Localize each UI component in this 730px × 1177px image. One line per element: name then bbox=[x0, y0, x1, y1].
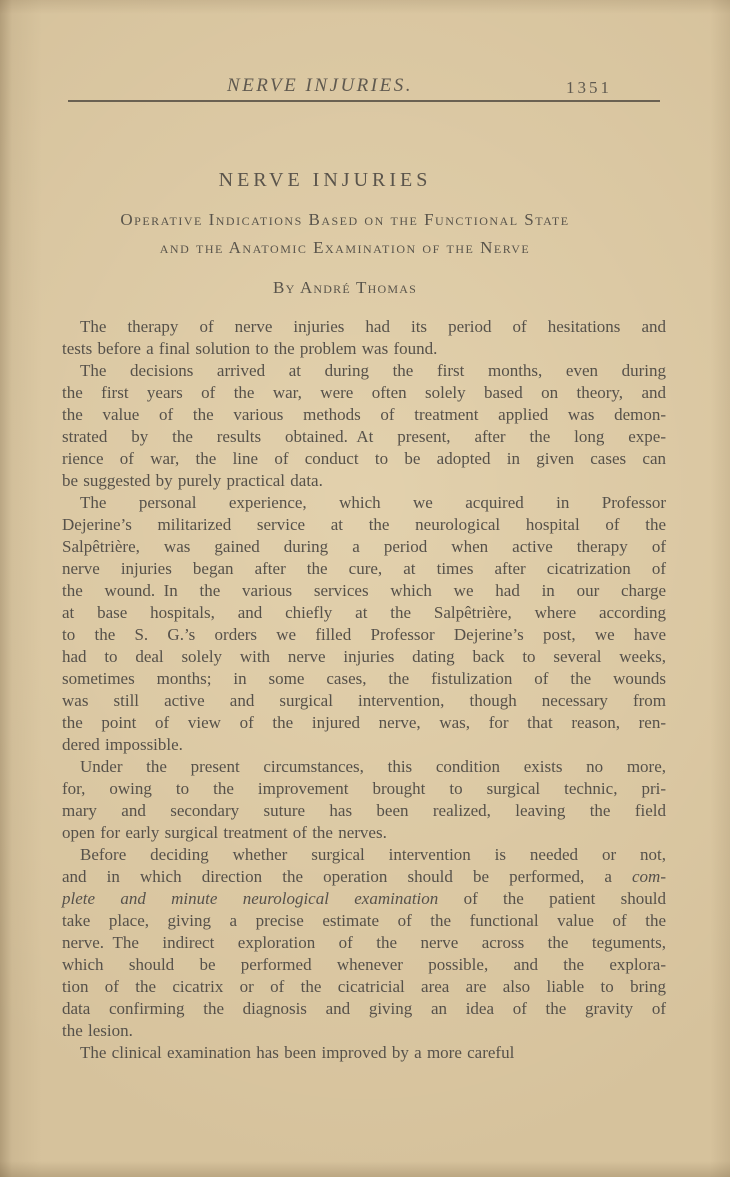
text-line: data confirming the diagnosis and giving… bbox=[62, 998, 666, 1020]
text-segment: had to deal solely with nerve injuries d… bbox=[62, 647, 666, 666]
text-line: at base hospitals, and chiefly at the Sa… bbox=[62, 602, 666, 624]
italic-text: com- bbox=[632, 867, 666, 886]
text-line: plete and minute neurological examinatio… bbox=[62, 888, 666, 910]
italic-text: plete and minute neurological examinatio… bbox=[62, 889, 438, 908]
text-line: The therapy of nerve injuries had its pe… bbox=[62, 316, 666, 338]
text-line: The decisions arrived at during the firs… bbox=[62, 360, 666, 382]
text-line: was still active and surgical interventi… bbox=[62, 690, 666, 712]
text-segment: at base hospitals, and chiefly at the Sa… bbox=[62, 603, 666, 622]
text-line: sometimes months; in some cases, the fis… bbox=[62, 668, 666, 690]
text-segment: tion of the cicatrix or of the cicatrici… bbox=[62, 977, 666, 996]
text-segment: which should be performed whenever possi… bbox=[62, 955, 666, 974]
text-line: rience of war, the line of conduct to be… bbox=[62, 448, 666, 470]
text-line: Under the present circumstances, this co… bbox=[62, 756, 666, 778]
text-line: to the S. G.’s orders we filled Professo… bbox=[62, 624, 666, 646]
text-line: and in which direction the operation sho… bbox=[62, 866, 666, 888]
book-page: NERVE INJURIES. 1351 NERVE INJURIES Oper… bbox=[0, 0, 730, 1177]
text-segment: take place, giving a precise estimate of… bbox=[62, 911, 666, 930]
text-segment: rience of war, the line of conduct to be… bbox=[62, 449, 666, 468]
text-segment: strated by the results obtained. At pres… bbox=[62, 427, 666, 446]
text-segment: open for early surgical treatment of the… bbox=[62, 823, 387, 842]
text-segment: nerve injuries began after the cure, at … bbox=[62, 559, 666, 578]
text-line: Dejerine’s militarized service at the ne… bbox=[62, 514, 666, 536]
text-segment: Under the present circumstances, this co… bbox=[80, 757, 666, 776]
text-segment: sometimes months; in some cases, the fis… bbox=[62, 669, 666, 688]
text-segment: Salpêtrière, was gained during a period … bbox=[62, 537, 666, 556]
text-segment: be suggested by purely practical data. bbox=[62, 471, 323, 490]
body-text: The therapy of nerve injuries had its pe… bbox=[62, 316, 666, 1064]
text-segment: the first years of the war, were often s… bbox=[62, 383, 666, 402]
header-rule bbox=[68, 100, 660, 102]
text-segment: dered impossible. bbox=[62, 735, 183, 754]
text-segment: for, owing to the improvement brought to… bbox=[62, 779, 666, 798]
text-line: Before deciding whether surgical interve… bbox=[62, 844, 666, 866]
article-byline: By André Thomas bbox=[40, 278, 650, 298]
text-line: which should be performed whenever possi… bbox=[62, 954, 666, 976]
text-segment: of the patient should bbox=[438, 889, 666, 908]
text-line: be suggested by purely practical data. bbox=[62, 470, 666, 492]
text-line: nerve injuries began after the cure, at … bbox=[62, 558, 666, 580]
text-line: for, owing to the improvement brought to… bbox=[62, 778, 666, 800]
text-segment: The decisions arrived at during the firs… bbox=[80, 361, 666, 380]
text-segment: the wound. In the various services which… bbox=[62, 581, 666, 600]
text-segment: The clinical examination has been improv… bbox=[80, 1043, 514, 1062]
text-line: tion of the cicatrix or of the cicatrici… bbox=[62, 976, 666, 998]
text-line: the point of view of the injured nerve, … bbox=[62, 712, 666, 734]
text-segment: the point of view of the injured nerve, … bbox=[62, 713, 666, 732]
text-line: strated by the results obtained. At pres… bbox=[62, 426, 666, 448]
text-segment: tests before a final solution to the pro… bbox=[62, 339, 437, 358]
text-segment: Dejerine’s militarized service at the ne… bbox=[62, 515, 666, 534]
text-line: The clinical examination has been improv… bbox=[62, 1042, 666, 1064]
page-number: 1351 bbox=[566, 78, 612, 98]
text-line: nerve. The indirect exploration of the n… bbox=[62, 932, 666, 954]
text-segment: The therapy of nerve injuries had its pe… bbox=[80, 317, 666, 336]
text-segment: mary and secondary suture has been reali… bbox=[62, 801, 666, 820]
text-line: open for early surgical treatment of the… bbox=[62, 822, 666, 844]
text-segment: the lesion. bbox=[62, 1021, 133, 1040]
text-line: mary and secondary suture has been reali… bbox=[62, 800, 666, 822]
text-segment: nerve. The indirect exploration of the n… bbox=[62, 933, 666, 952]
text-line: the wound. In the various services which… bbox=[62, 580, 666, 602]
text-line: tests before a final solution to the pro… bbox=[62, 338, 666, 360]
text-segment: was still active and surgical interventi… bbox=[62, 691, 666, 710]
running-head: NERVE INJURIES. bbox=[40, 75, 600, 97]
text-line: the lesion. bbox=[62, 1020, 666, 1042]
text-line: Salpêtrière, was gained during a period … bbox=[62, 536, 666, 558]
text-line: dered impossible. bbox=[62, 734, 666, 756]
article-subtitle-line1: Operative Indications Based on the Funct… bbox=[40, 210, 650, 230]
text-segment: and in which direction the operation sho… bbox=[62, 867, 632, 886]
text-segment: Before deciding whether surgical interve… bbox=[80, 845, 666, 864]
text-line: had to deal solely with nerve injuries d… bbox=[62, 646, 666, 668]
text-segment: data confirming the diagnosis and giving… bbox=[62, 999, 666, 1018]
text-line: the first years of the war, were often s… bbox=[62, 382, 666, 404]
text-segment: the value of the various methods of trea… bbox=[62, 405, 666, 424]
text-segment: The personal experience, which we acquir… bbox=[80, 493, 666, 512]
text-line: the value of the various methods of trea… bbox=[62, 404, 666, 426]
text-line: The personal experience, which we acquir… bbox=[62, 492, 666, 514]
article-title: NERVE INJURIES bbox=[40, 169, 610, 192]
article-subtitle-line2: and the Anatomic Examination of the Nerv… bbox=[40, 238, 650, 258]
text-line: take place, giving a precise estimate of… bbox=[62, 910, 666, 932]
text-segment: to the S. G.’s orders we filled Professo… bbox=[62, 625, 666, 644]
